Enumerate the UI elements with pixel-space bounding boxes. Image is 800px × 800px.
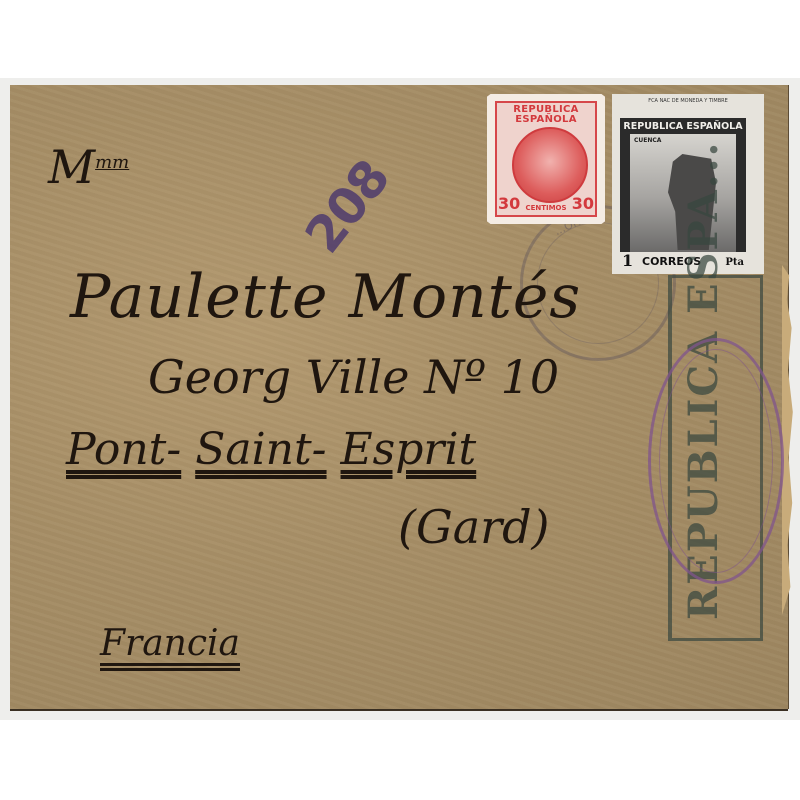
stamp-title: REPUBLICA ESPAÑOLA	[620, 121, 746, 132]
stamp-imprint: FCA NAC DE MONEDA Y TIMBRE	[612, 98, 764, 104]
address-city: Pont- Saint- Esprit	[66, 424, 476, 475]
address-street: Georg Ville Nº 10	[148, 350, 559, 404]
stamp-30-centimos: REPUBLICA ESPAÑOLA 30 CENTIMOS 30	[487, 94, 605, 224]
portrait-medallion-icon	[512, 127, 588, 203]
address-country: Francia	[100, 623, 240, 664]
censor-oval-cachet	[648, 338, 784, 584]
address-salutation: Mmm	[48, 140, 129, 194]
stamp-value-right: 30	[572, 194, 594, 213]
stamp-title: REPUBLICA ESPAÑOLA	[497, 105, 595, 125]
address-department: (Gard)	[398, 500, 550, 554]
stamp-unit: Pta	[725, 257, 744, 268]
addressee-name: Paulette Montés	[70, 262, 581, 332]
stamp-place: CUENCA	[634, 137, 661, 144]
stamp-value-left: 30	[498, 194, 520, 213]
stamp-value: 1	[622, 251, 633, 270]
stamp-unit: CENTIMOS	[523, 204, 569, 212]
